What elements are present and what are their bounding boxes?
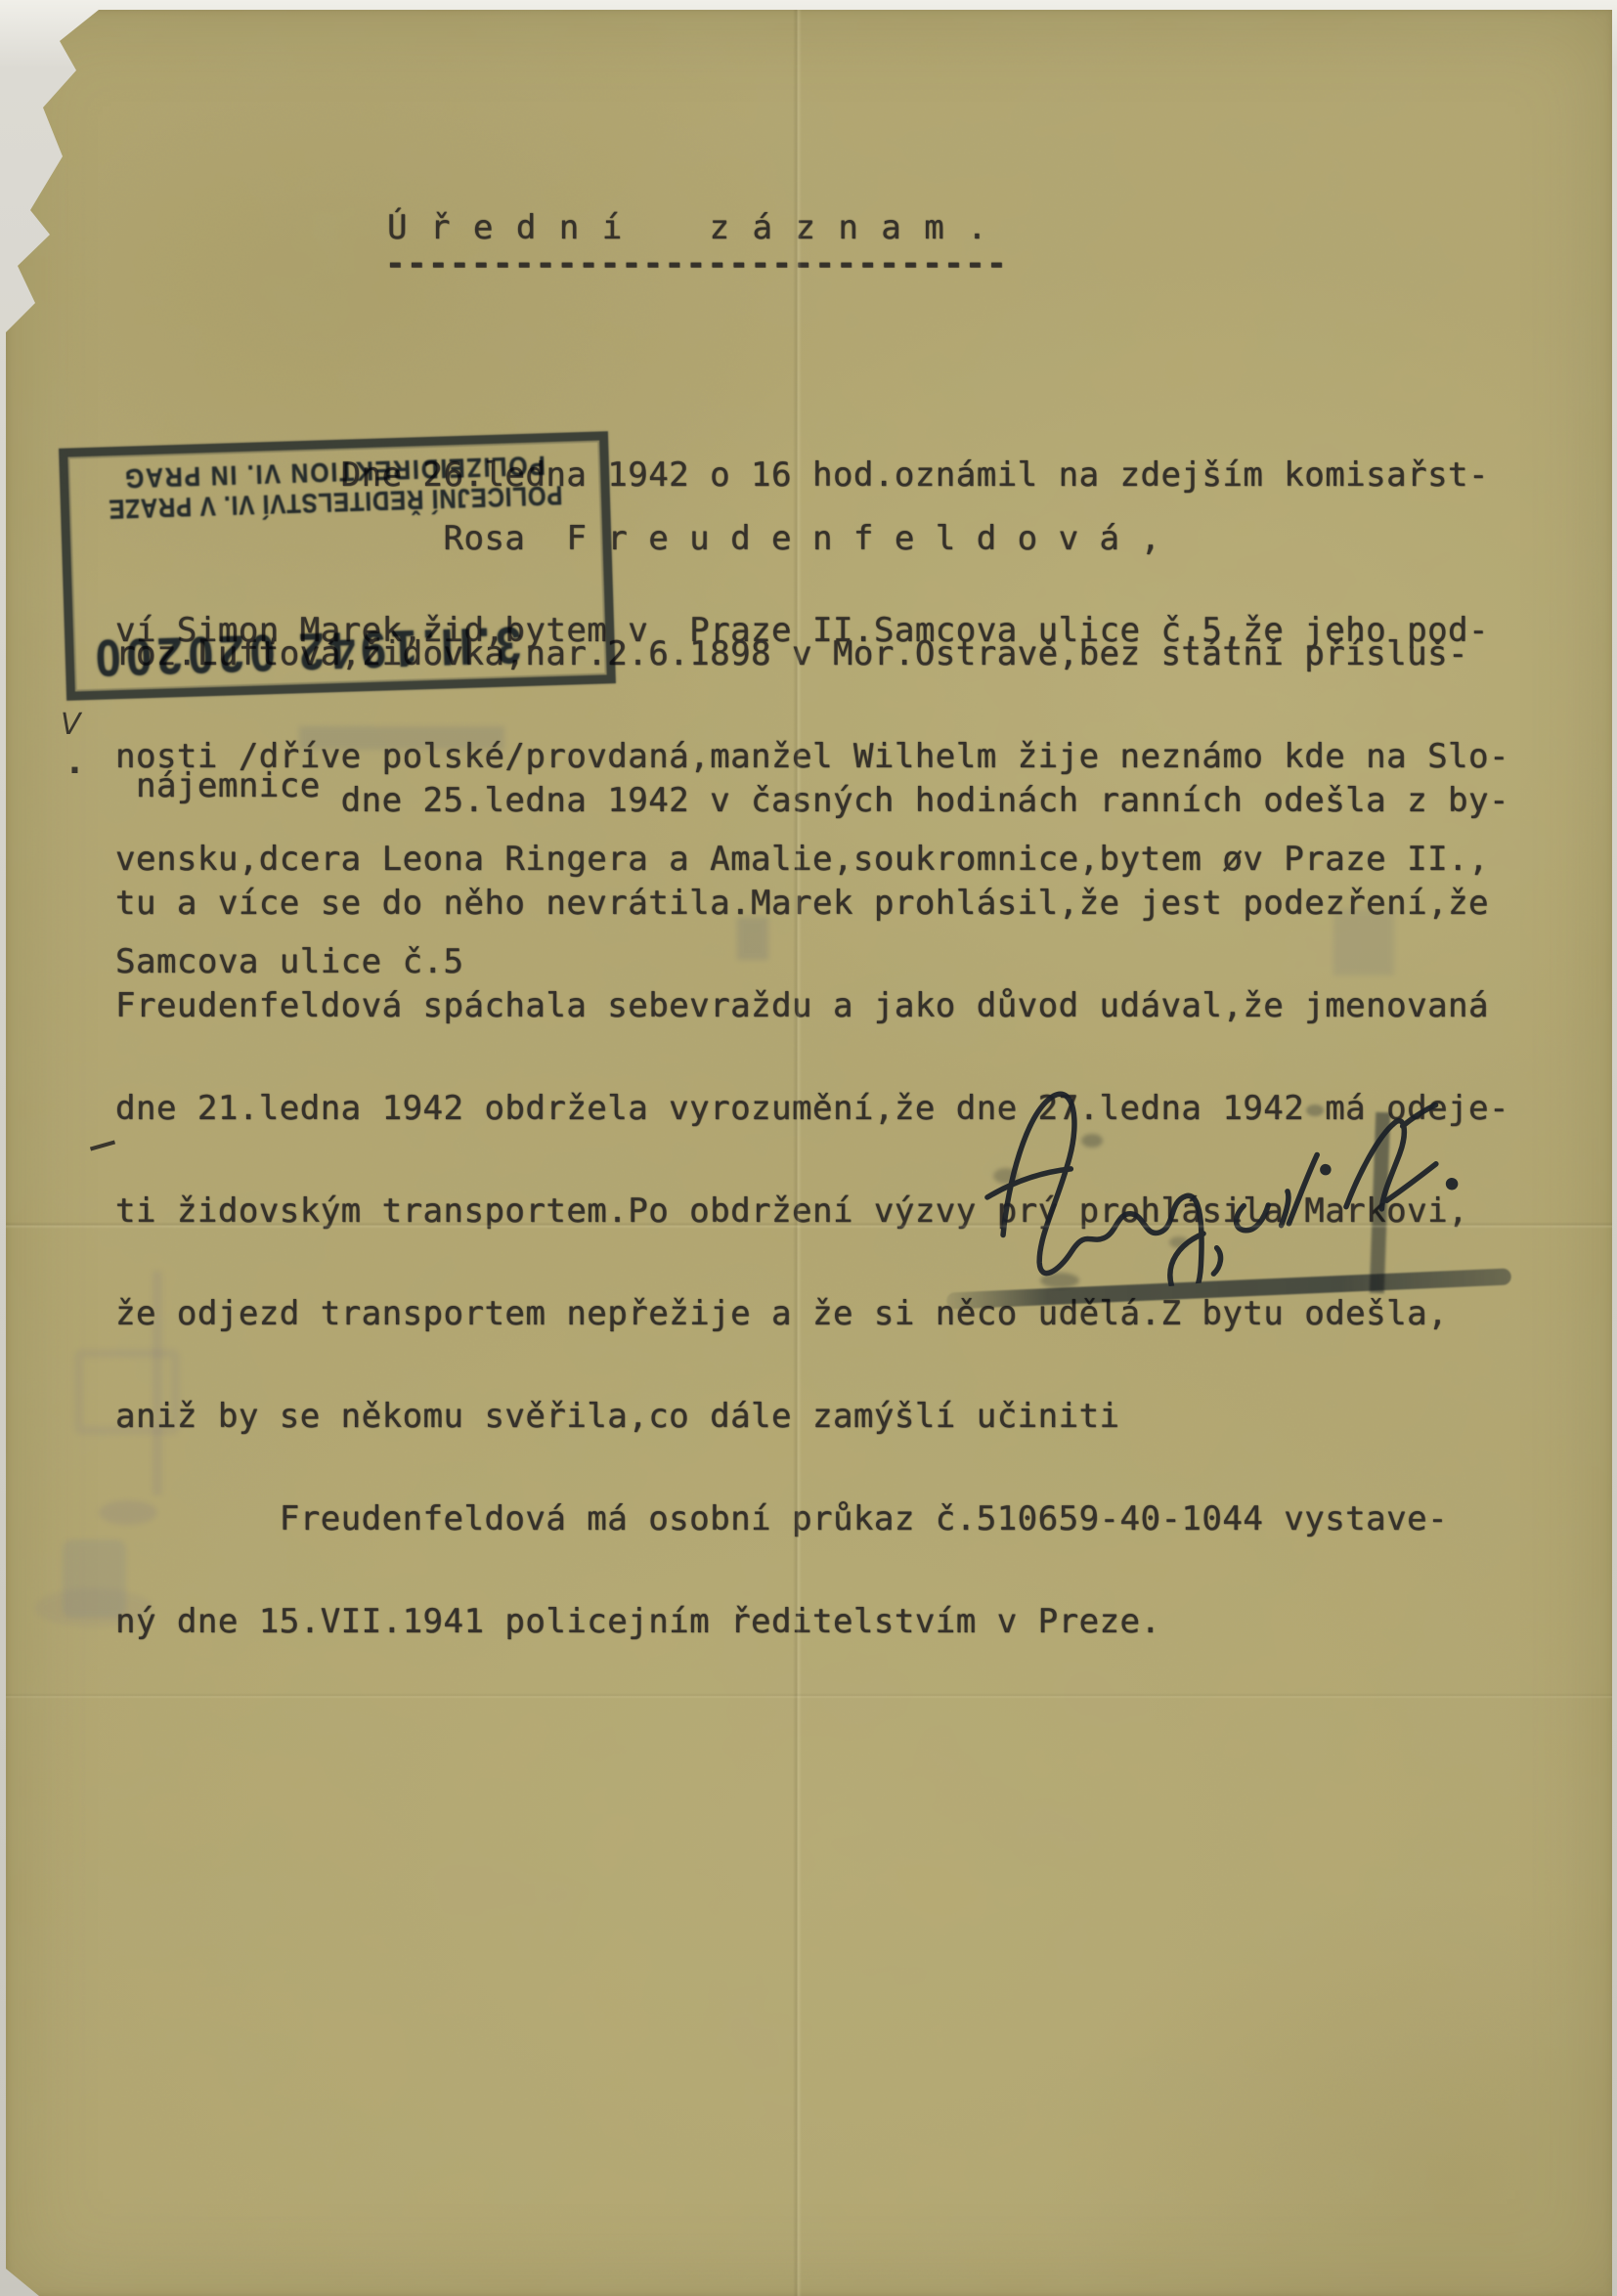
- margin-check-mark: V: [61, 708, 81, 742]
- typewritten-line: ný dne 15.VII.1941 policejním ředitelstv…: [115, 1605, 1509, 1639]
- signature-ink-dot: [1323, 1166, 1330, 1173]
- typewritten-line: tu a více se do něho nevrátila.Marek pro…: [115, 887, 1509, 921]
- police-rubber-stamp: 3.II.1942 020200 POLICEJNÍ ŘEDITELSTVÍ V…: [59, 431, 616, 701]
- typewritten-line: Freudenfeldová má osobní průkaz č.510659…: [115, 1502, 1509, 1537]
- title-underline: -----------------------------: [385, 244, 1008, 283]
- stamp-number-row: 3.II.1942 020200: [89, 613, 591, 689]
- signature-ink-dot: [1448, 1180, 1456, 1188]
- stamp-content-rotated: 3.II.1942 020200 POLICEJNÍ ŘEDITELSTVÍ V…: [67, 441, 606, 692]
- signature-ink: [1230, 1154, 1324, 1231]
- stamp-registry-number: 020200: [89, 624, 276, 688]
- stamp-date: 3.II.1942: [292, 616, 522, 681]
- document-title: Ú ř e d n í z á z n a m .: [387, 208, 988, 247]
- margin-dot: .: [68, 743, 81, 782]
- typewritten-line: že odjezd transportem nepřežije a že si …: [115, 1297, 1509, 1331]
- typewritten-line: dne 25.ledna 1942 v časných hodinách ran…: [115, 784, 1509, 818]
- signature-ink: [1401, 1105, 1438, 1126]
- signature-ink: [989, 1081, 1210, 1309]
- signature-ink: [1337, 1117, 1440, 1212]
- margin-pen-dash: [90, 1140, 115, 1150]
- document-paper: Ú ř e d n í z á z n a m . --------------…: [6, 10, 1612, 2296]
- typewritten-line: aniž by se někomu svěřila,co dále zamýšl…: [115, 1400, 1509, 1434]
- signature-ink: [1211, 1247, 1223, 1274]
- scanned-document-page: { "colors": { "paper": "#b3a770", "typew…: [0, 0, 1617, 2296]
